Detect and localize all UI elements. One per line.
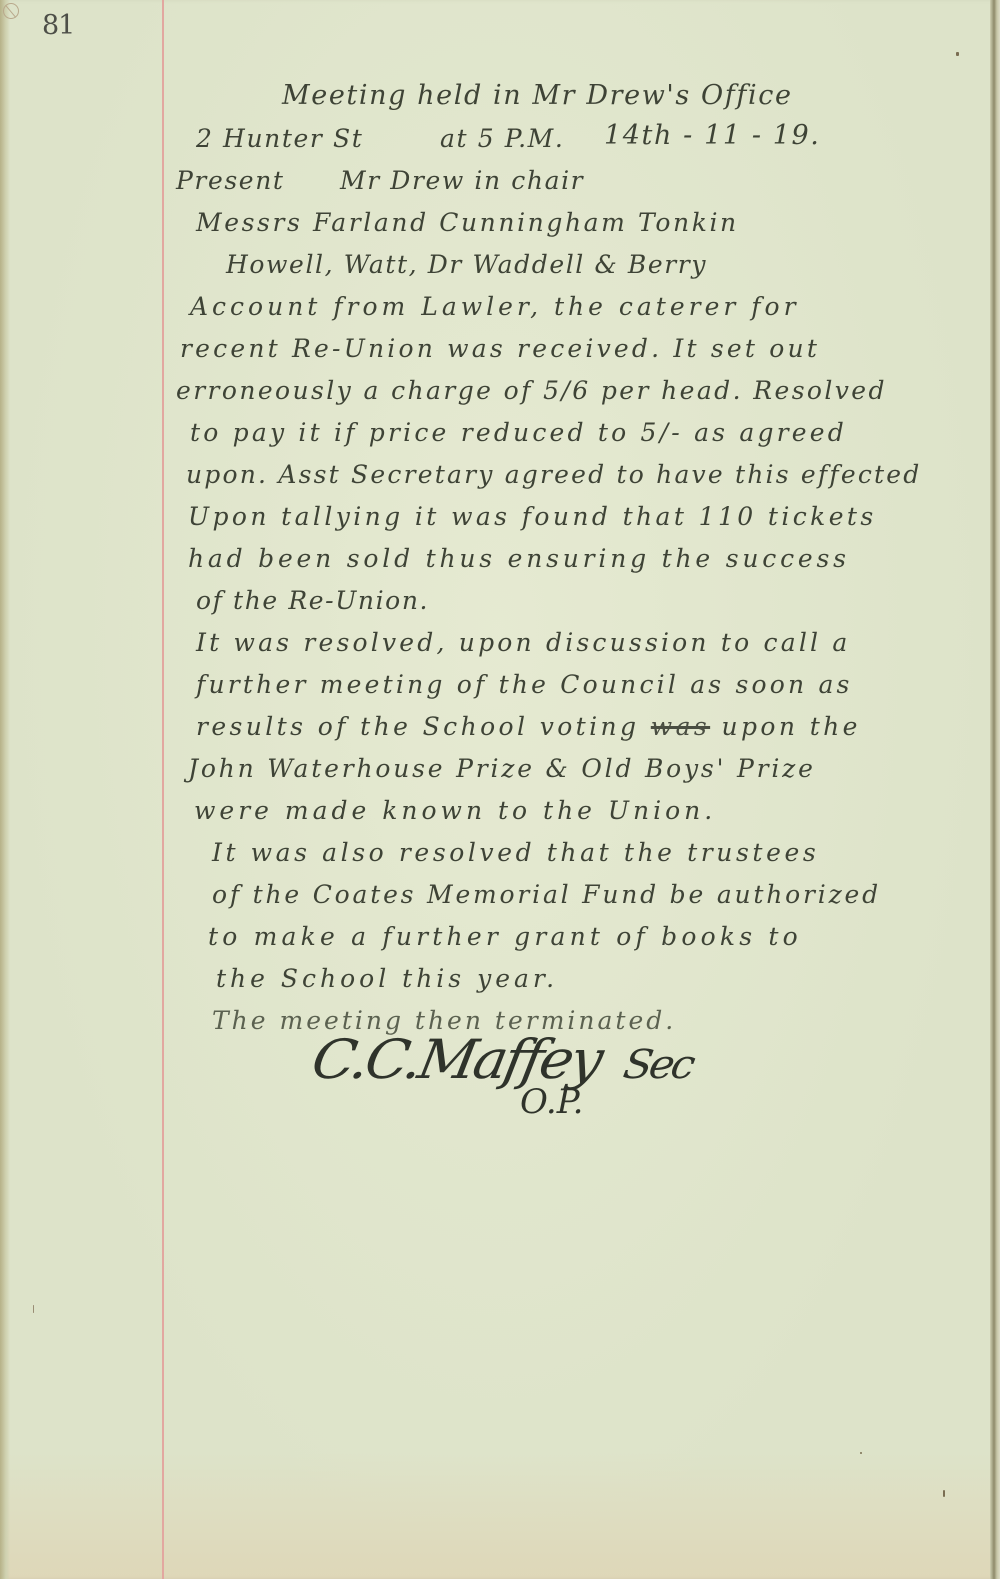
meeting-date: 14th - 11 - 19.: [604, 120, 820, 151]
minutes-line: the School this year.: [216, 964, 558, 993]
minutes-line: were made known to the Union.: [194, 796, 716, 825]
meeting-time: at 5 P.M.: [440, 124, 564, 153]
minutes-line: to make a further grant of books to: [208, 922, 802, 951]
minutes-heading: Meeting held in Mr Drew's Office: [282, 80, 793, 111]
present-label: Present: [176, 166, 285, 195]
minutes-line: It was resolved, upon discussion to call…: [196, 628, 850, 657]
minutes-text: results of the School voting: [196, 712, 639, 741]
minutes-line: It was also resolved that the trustees: [212, 838, 819, 867]
paper-speck: [33, 1305, 34, 1313]
paper-speck: [956, 52, 959, 56]
minutes-line: Upon tallying it was found that 110 tick…: [188, 502, 877, 531]
attendees-line-1: Messrs Farland Cunningham Tonkin: [196, 208, 739, 237]
minutes-line: of the Re-Union.: [196, 586, 429, 615]
signature-initials: O.P.: [520, 1082, 583, 1122]
page-number: 81: [42, 10, 74, 41]
minutes-line: upon. Asst Secretary agreed to have this…: [186, 460, 921, 489]
minutes-line: further meeting of the Council as soon a…: [196, 670, 853, 699]
present-chair: Mr Drew in chair: [340, 166, 584, 195]
page-left-edge: [0, 0, 10, 1579]
minutes-line: erroneously a charge of 5/6 per head. Re…: [176, 376, 887, 405]
minutes-text: upon the: [722, 712, 861, 741]
minutes-line: Account from Lawler, the caterer for: [190, 292, 800, 321]
struck-word: was: [651, 712, 710, 741]
paper-speck: [860, 1452, 862, 1454]
minutes-line: had been sold thus ensuring the success: [188, 544, 850, 573]
ledger-page: 81 Meeting held in Mr Drew's Office 2 Hu…: [0, 0, 994, 1579]
signature-title: Sec: [620, 1042, 696, 1088]
attendees-line-2: Howell, Watt, Dr Waddell & Berry: [226, 250, 707, 279]
paper-speck: [943, 1490, 945, 1497]
minutes-line: results of the School voting was upon th…: [196, 712, 861, 741]
page-right-edge: [990, 0, 1000, 1579]
meeting-place: 2 Hunter St: [196, 124, 363, 153]
red-margin-rule: [162, 0, 164, 1579]
secretary-signature: C.C.Maffey Sec: [307, 1028, 698, 1091]
minutes-line: recent Re-Union was received. It set out: [180, 334, 820, 363]
minutes-line: to pay it if price reduced to 5/- as agr…: [190, 418, 847, 447]
minutes-line: John Waterhouse Prize & Old Boys' Prize: [188, 754, 816, 783]
minutes-line: of the Coates Memorial Fund be authorize…: [212, 880, 881, 909]
